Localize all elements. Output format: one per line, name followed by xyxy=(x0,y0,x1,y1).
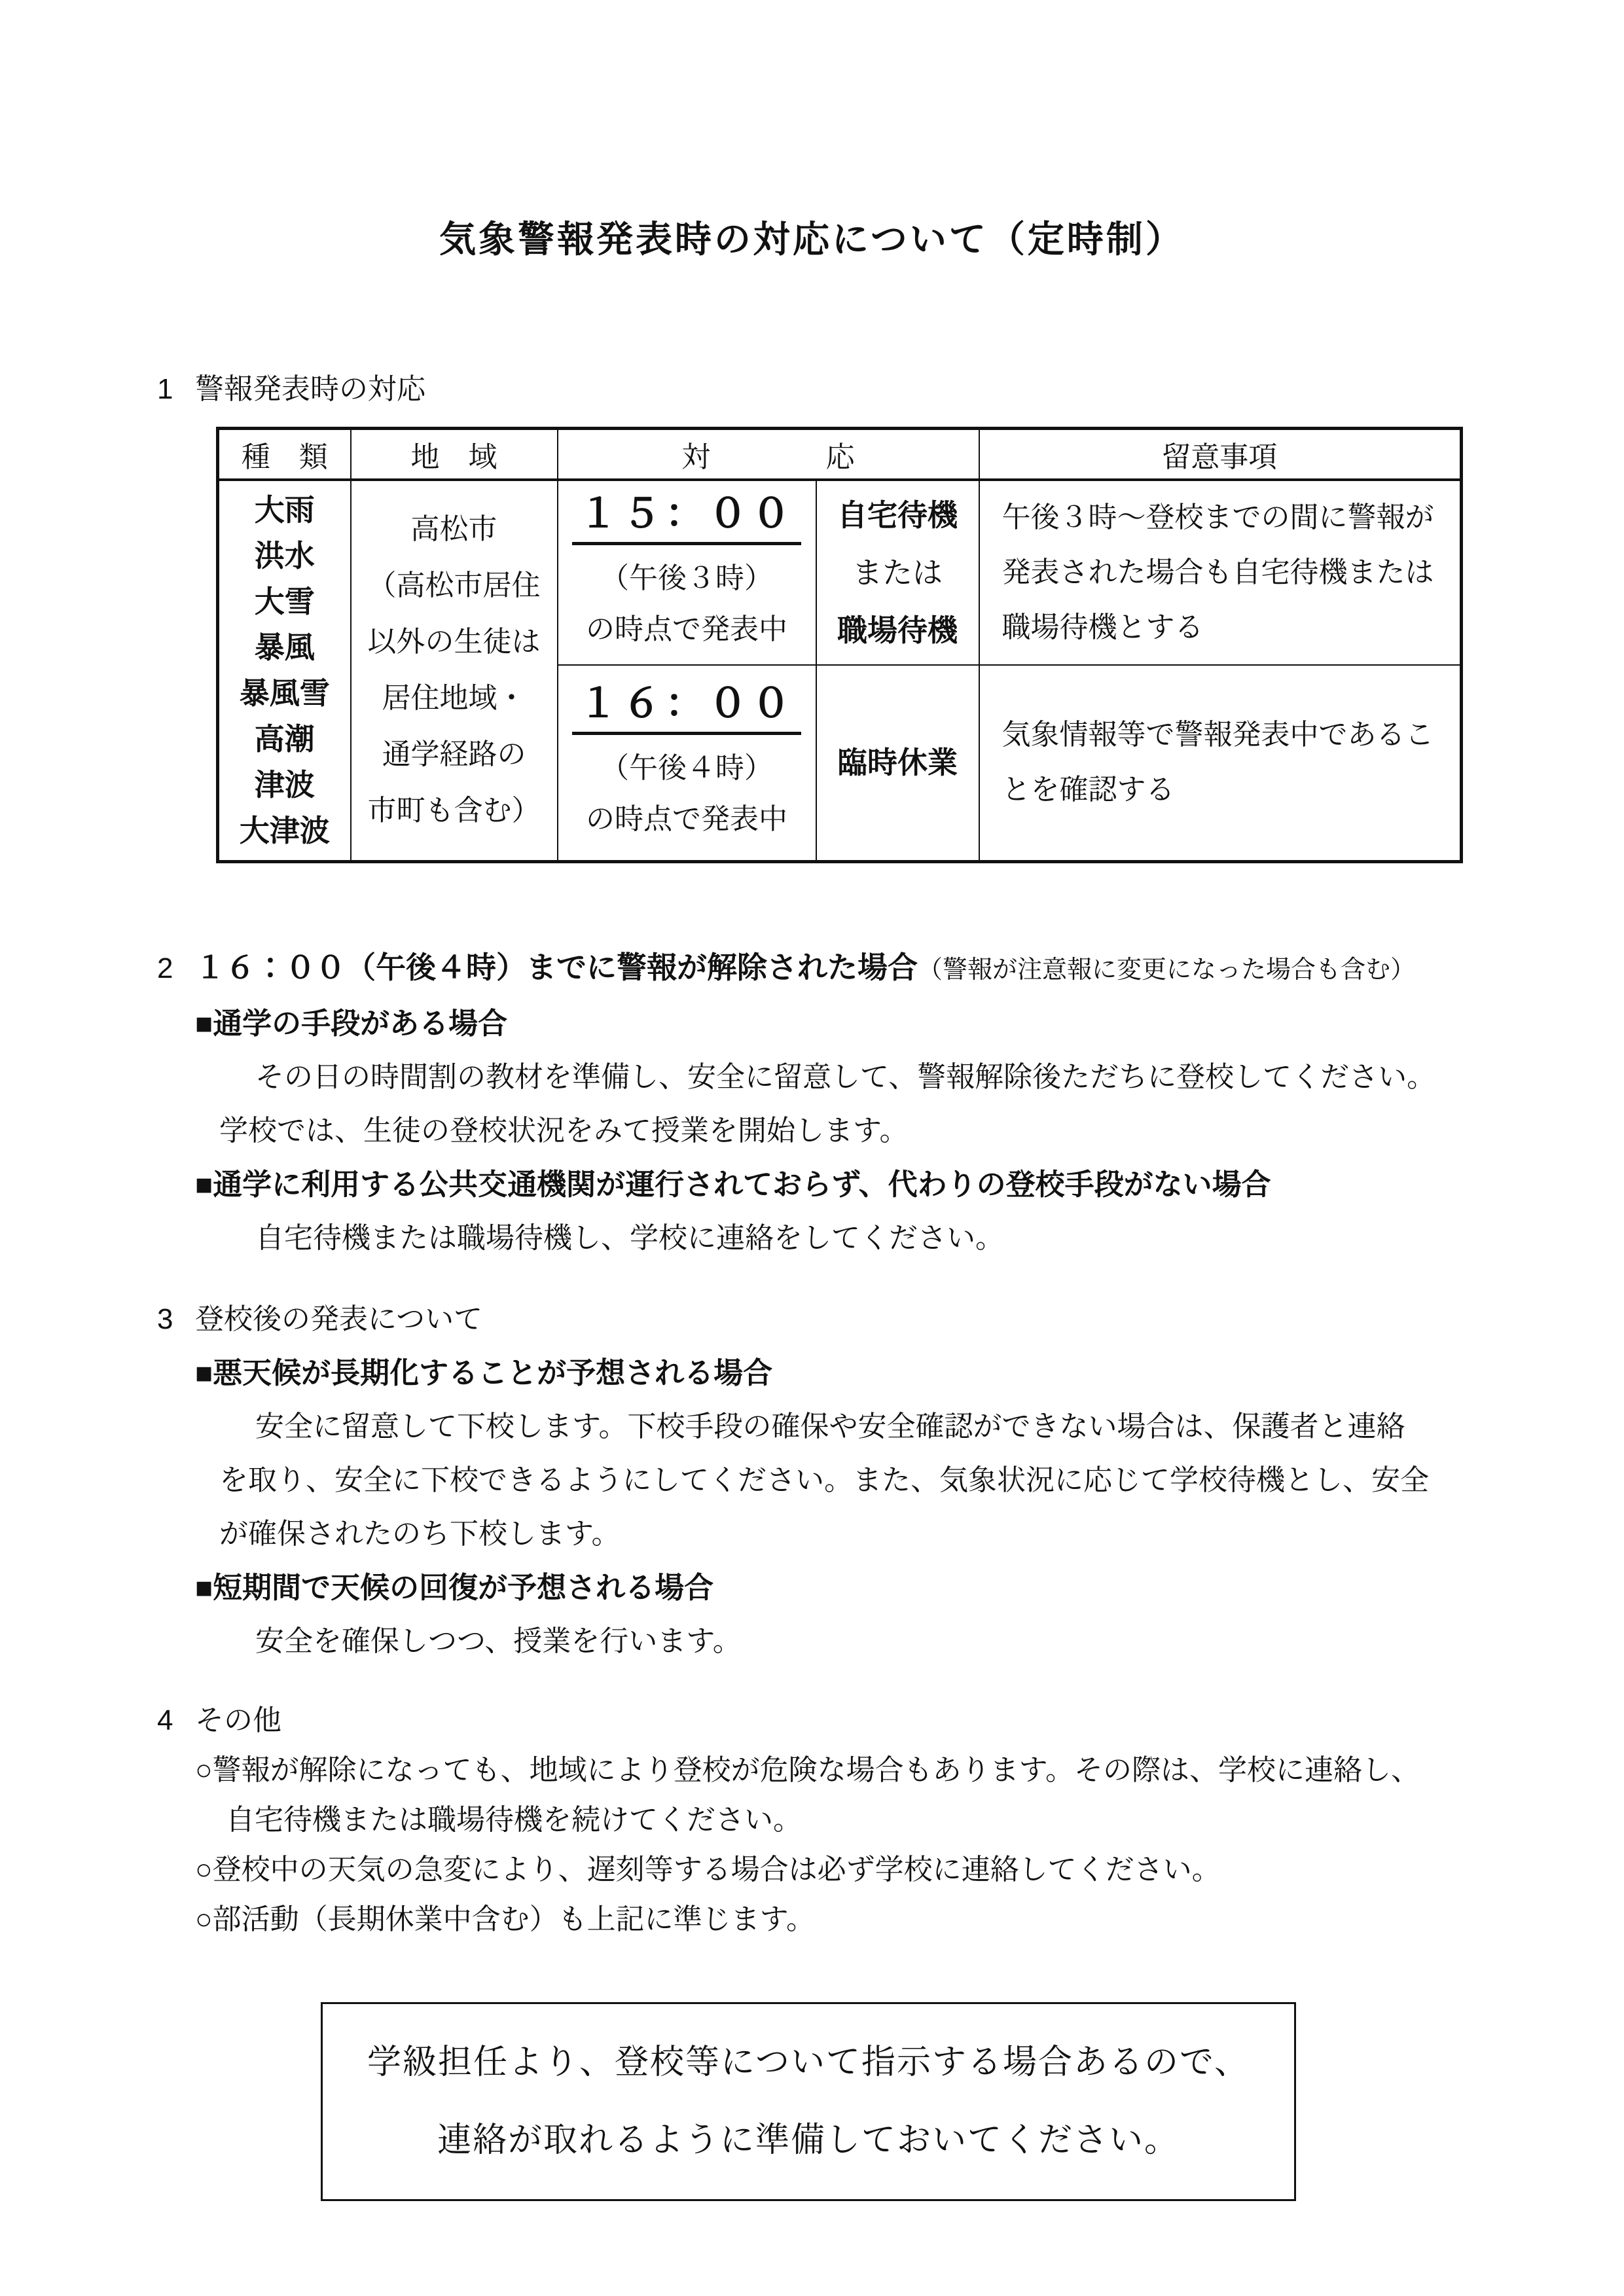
action-temporary-closure: 臨時休業 xyxy=(817,734,979,791)
time-paren: （午後４時） xyxy=(558,743,816,794)
section4-heading-text: その他 xyxy=(195,1696,281,1746)
list-item: ○警報が解除になっても、地域により登校が危険な場合もあります。その際は、学校に連… xyxy=(195,1746,1467,1795)
warning-type: 津波 xyxy=(219,762,350,808)
paragraph-line: 自宅待機または職場待機し、学校に連絡をしてください。 xyxy=(255,1211,1467,1265)
warning-type: 大雨 xyxy=(219,487,350,533)
section1-heading: 1 警報発表時の対応 xyxy=(157,368,1467,411)
paragraph-line: 学校では、生徒の登校状況をみて授業を開始します。 xyxy=(219,1104,1467,1158)
warning-type: 大津波 xyxy=(219,808,350,853)
table-header-row: 種 類 地 域 対 応 留意事項 xyxy=(218,429,1462,480)
area-line: 以外の生徒は xyxy=(352,614,557,670)
paragraph-line: を取り、安全に下校できるようにしてください。また、気象状況に応じて学校待機とし、… xyxy=(219,1454,1467,1507)
section2: 2 １６：００（午後４時）までに警報が解除された場合 （警報が注意報に変更になっ… xyxy=(157,941,1467,1265)
page-title: 気象警報発表時の対応について（定時制） xyxy=(157,0,1467,263)
time-1600: １６：００ xyxy=(572,681,801,735)
time-suffix: の時点で発表中 xyxy=(558,794,816,845)
section2-bullet-commute-available: ■通学の手段がある場合 xyxy=(195,997,1467,1050)
notice-line: 学級担任より、登校等について指示する場合あるので、 xyxy=(367,2043,1250,2082)
warning-type: 高潮 xyxy=(219,716,350,762)
table-row: 大雨 洪水 大雪 暴風 暴風雪 高潮 津波 大津波 高松市 （高松市居住 以外の… xyxy=(218,480,1462,665)
area-line: （高松市居住 xyxy=(352,558,557,614)
section4-heading: 4 その他 xyxy=(157,1696,1467,1746)
section3-bullet-prolonged-weather: ■悪天候が長期化することが予想される場合 xyxy=(195,1346,1467,1400)
section3-heading-text: 登校後の発表について xyxy=(195,1293,482,1346)
col-header-notes: 留意事項 xyxy=(979,429,1462,480)
time-condition-cell-1500: １５：００ （午後３時） の時点で発表中 xyxy=(558,480,816,665)
col-header-response: 対 応 xyxy=(558,429,979,480)
section3-number: 3 xyxy=(157,1293,195,1346)
list-item-continuation: 自宅待機または職場待機を続けてください。 xyxy=(226,1795,1467,1845)
time-suffix: の時点で発表中 xyxy=(558,604,816,655)
warning-type: 暴風 xyxy=(219,624,350,670)
note-cell-1: 午後３時～登校までの間に警報が発表された場合も自宅待機または職場待機とする xyxy=(979,480,1462,665)
warning-types-cell: 大雨 洪水 大雪 暴風 暴風雪 高潮 津波 大津波 xyxy=(218,480,351,861)
action-or: または xyxy=(817,544,979,601)
section3-heading: 3 登校後の発表について xyxy=(157,1293,1467,1346)
area-line: 居住地域・ xyxy=(352,670,557,726)
list-item: ○登校中の天気の急変により、遅刻等する場合は必ず学校に連絡してください。 xyxy=(195,1845,1467,1895)
action-work-standby: 職場待機 xyxy=(817,601,979,659)
time-paren: （午後３時） xyxy=(558,553,816,604)
notice-line: 連絡が取れるように準備しておいてください。 xyxy=(437,2121,1180,2160)
paragraph-line: その日の時間割の教材を準備し、安全に留意して、警報解除後ただちに登校してください… xyxy=(255,1050,1467,1104)
list-item: ○部活動（長期休業中含む）も上記に準じます。 xyxy=(195,1895,1467,1945)
warning-type: 暴風雪 xyxy=(219,670,350,716)
action-cell-wait: 自宅待機 または 職場待機 xyxy=(816,480,979,665)
section3: 3 登校後の発表について ■悪天候が長期化することが予想される場合 安全に留意し… xyxy=(157,1293,1467,1668)
note-cell-2: 気象情報等で警報発表中であることを確認する xyxy=(979,665,1462,861)
section1-number: 1 xyxy=(157,368,195,411)
paragraph-line: 安全を確保しつつ、授業を行います。 xyxy=(255,1615,1467,1668)
area-line: 市町も含む） xyxy=(352,783,557,839)
action-home-standby: 自宅待機 xyxy=(817,486,979,544)
col-header-area: 地 域 xyxy=(351,429,558,480)
area-line: 高松市 xyxy=(352,501,557,558)
section1-heading-text: 警報発表時の対応 xyxy=(195,368,425,411)
section3-bullet-short-recovery: ■短期間で天候の回復が予想される場合 xyxy=(195,1561,1467,1615)
section2-bullet-no-transport: ■通学に利用する公共交通機関が運行されておらず、代わりの登校手段がない場合 xyxy=(195,1158,1467,1211)
area-cell: 高松市 （高松市居住 以外の生徒は 居住地域・ 通学経路の 市町も含む） xyxy=(351,480,558,861)
warning-response-table: 種 類 地 域 対 応 留意事項 大雨 洪水 大雪 暴風 暴風雪 高潮 津波 xyxy=(216,427,1463,863)
area-line: 通学経路の xyxy=(352,726,557,783)
action-cell-closure: 臨時休業 xyxy=(816,665,979,861)
section2-heading-bold: １６：００（午後４時）までに警報が解除された場合 xyxy=(195,941,918,994)
section4: 4 その他 ○警報が解除になっても、地域により登校が危険な場合もあります。その際… xyxy=(157,1696,1467,1945)
section2-heading-note: （警報が注意報に変更になった場合も含む） xyxy=(918,943,1415,997)
document-content: 気象警報発表時の対応について（定時制） 1 警報発表時の対応 種 類 地 域 対… xyxy=(0,0,1624,2201)
paragraph-line: が確保されたのち下校します。 xyxy=(219,1507,1467,1561)
col-header-type: 種 類 xyxy=(218,429,351,480)
warning-type: 洪水 xyxy=(219,533,350,579)
note-text: 午後３時～登校までの間に警報が発表された場合も自宅待機または職場待機とする xyxy=(980,490,1460,655)
document-page: 気象警報発表時の対応について（定時制） 1 警報発表時の対応 種 類 地 域 対… xyxy=(0,0,1624,2296)
note-text: 気象情報等で警報発表中であることを確認する xyxy=(980,708,1460,817)
warning-type: 大雪 xyxy=(219,579,350,624)
section2-number: 2 xyxy=(157,942,195,996)
time-1500: １５：００ xyxy=(572,491,801,545)
paragraph-line: 安全に留意して下校します。下校手段の確保や安全確認ができない場合は、保護者と連絡 xyxy=(255,1400,1467,1454)
section4-number: 4 xyxy=(157,1696,195,1746)
time-condition-cell-1600: １６：００ （午後４時） の時点で発表中 xyxy=(558,665,816,861)
section2-heading: 2 １６：００（午後４時）までに警報が解除された場合 （警報が注意報に変更になっ… xyxy=(157,941,1467,997)
notice-box: 学級担任より、登校等について指示する場合あるので、 連絡が取れるように準備してお… xyxy=(321,2002,1296,2201)
